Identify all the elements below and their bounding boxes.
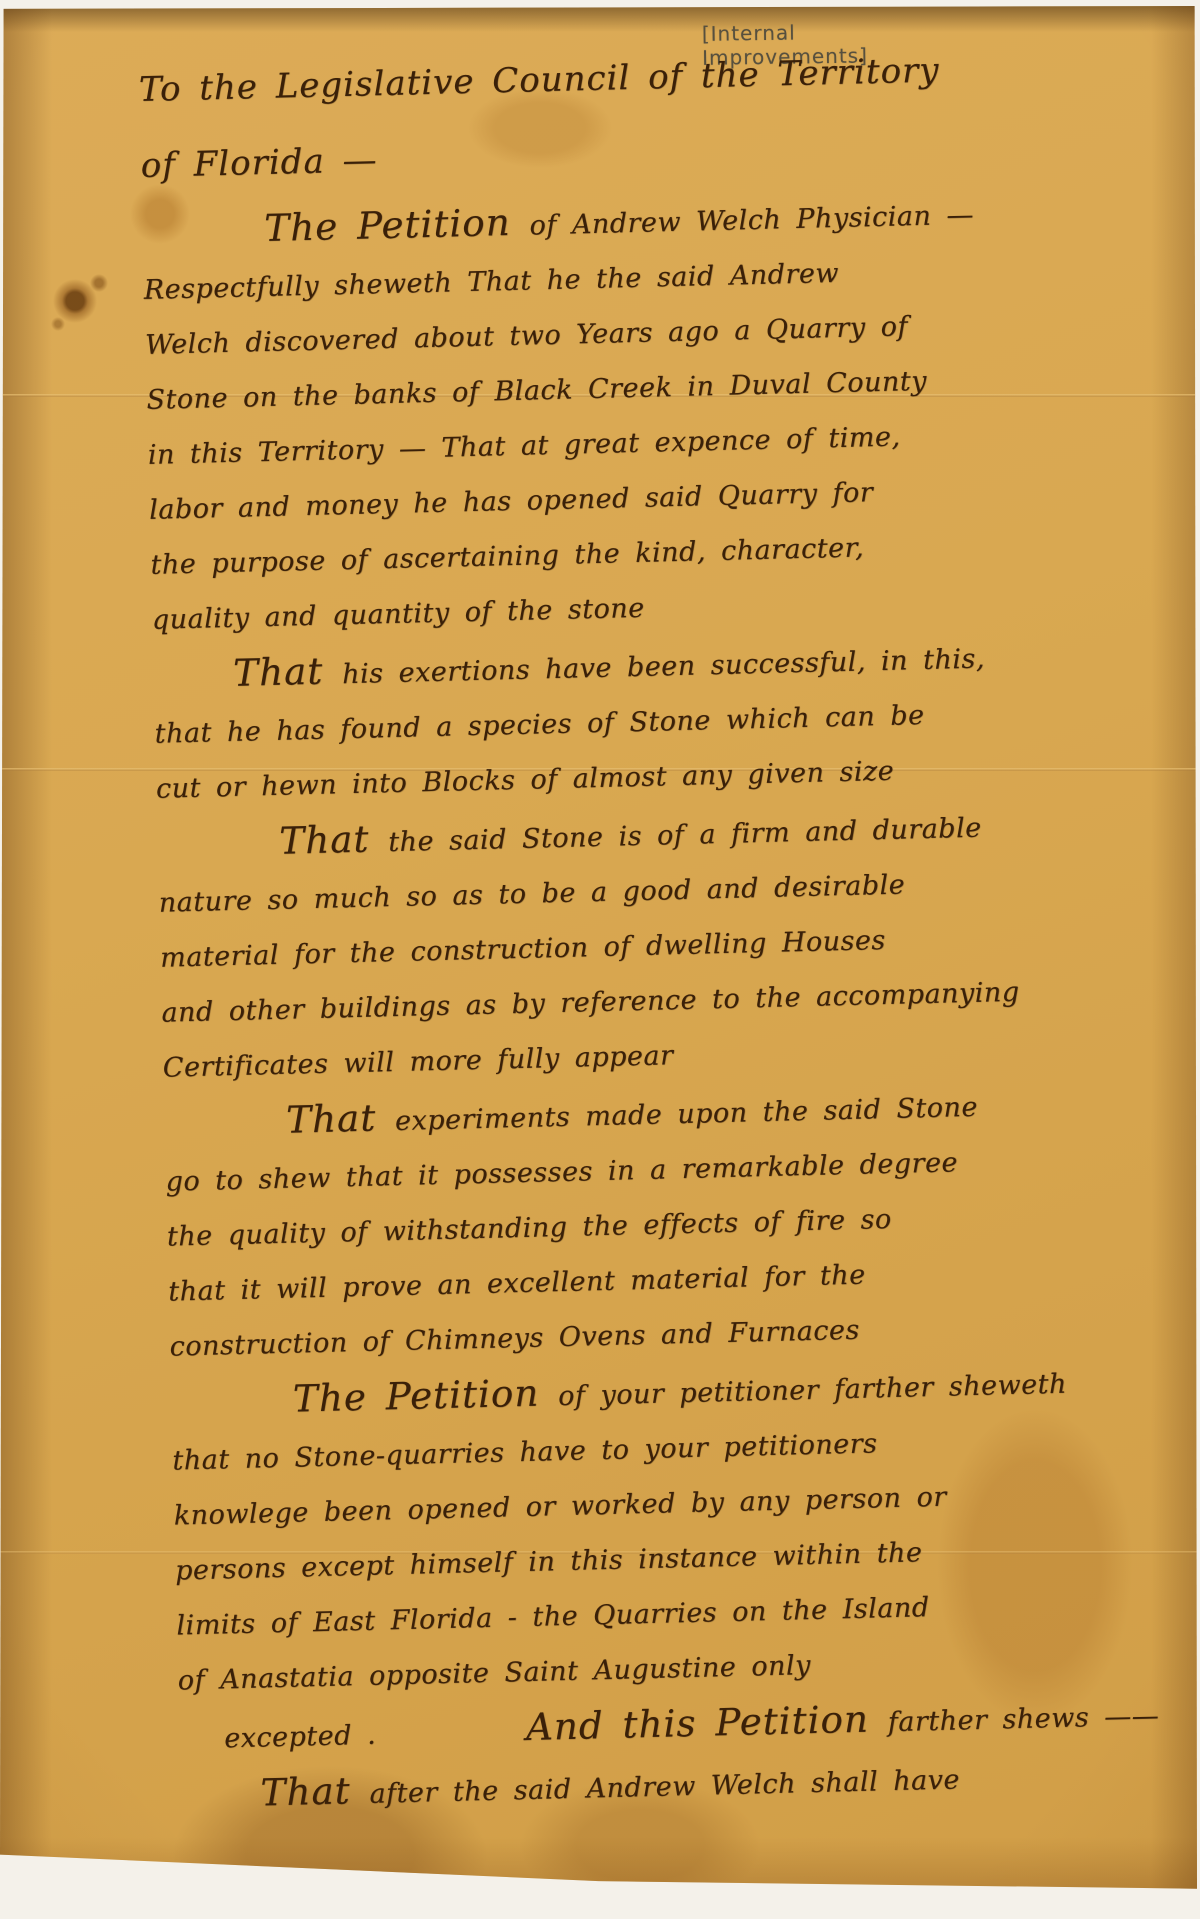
line-text: quality and quantity of the stone <box>152 593 645 636</box>
line-text: knowlege been opened or worked by any pe… <box>173 1482 947 1532</box>
line-text: of your petitioner farther sheweth <box>558 1369 1067 1412</box>
manuscript-page: [Internal Improvements] To the Legislati… <box>0 6 1197 1902</box>
line-text: Welch discovered about two Years ago a Q… <box>145 311 908 361</box>
line-text: the quality of withstanding the effects … <box>167 1204 892 1253</box>
line-lead: That <box>233 648 343 695</box>
line-text: go to shew that it possesses in a remark… <box>165 1147 958 1197</box>
line-lead: The Petition <box>264 199 530 249</box>
line-lead: That <box>286 1095 396 1142</box>
line-text: persons except himself in this instance … <box>175 1537 923 1586</box>
line-text: To the Legislative Council of the Territ… <box>138 50 940 110</box>
line-text: that no Stone-quarries have to your peti… <box>172 1428 878 1476</box>
line-lead: That <box>279 816 389 863</box>
line-text: excepted . <box>224 1720 377 1755</box>
line-text: experiments made upon the said Stone <box>395 1092 979 1137</box>
line-text: limits of East Florida - the Quarries on… <box>176 1592 930 1641</box>
line-text: his exertions have been successful, in t… <box>342 643 985 690</box>
line-text: farther shews —— <box>887 1701 1159 1739</box>
line-text: material for the construction of dwellin… <box>160 925 886 974</box>
line-text: Respectfully sheweth That he the said An… <box>143 258 839 306</box>
line-text: construction of Chimneys Ovens and Furna… <box>169 1315 860 1363</box>
line-text: after the said Andrew Welch shall have <box>369 1764 960 1809</box>
line-text: Stone on the banks of Black Creek in Duv… <box>146 366 927 416</box>
line-lead: And this Petition <box>525 1696 888 1749</box>
line-text: labor and money he has opened said Quarr… <box>149 477 874 526</box>
manuscript-text: To the Legislative Council of the Territ… <box>138 30 1101 1827</box>
line-text: nature so much so as to be a good and de… <box>158 870 905 919</box>
line-text: in this Territory — That at great expenc… <box>147 421 900 470</box>
line-text: that he has found a species of Stone whi… <box>154 700 925 750</box>
line-text: Certificates will more fully appear <box>162 1040 673 1083</box>
line-text: that it will prove an excellent material… <box>168 1260 866 1308</box>
line-text: the purpose of ascertaining the kind, ch… <box>150 532 864 580</box>
line-text: cut or hewn into Blocks of almost any gi… <box>156 756 895 805</box>
line-text: of Anastatia opposite Saint Augustine on… <box>177 1650 811 1696</box>
line-text: of Andrew Welch Physician — <box>529 200 974 242</box>
line-lead: The Petition <box>292 1370 558 1420</box>
scan-background: [Internal Improvements] To the Legislati… <box>0 0 1200 1919</box>
line-lead: That <box>260 1768 370 1815</box>
line-text: and other buildings as by reference to t… <box>161 977 1020 1029</box>
line-text: of Florida — <box>140 140 378 186</box>
line-gap <box>376 1740 526 1744</box>
line-text: the said Stone is of a firm and durable <box>388 813 982 858</box>
